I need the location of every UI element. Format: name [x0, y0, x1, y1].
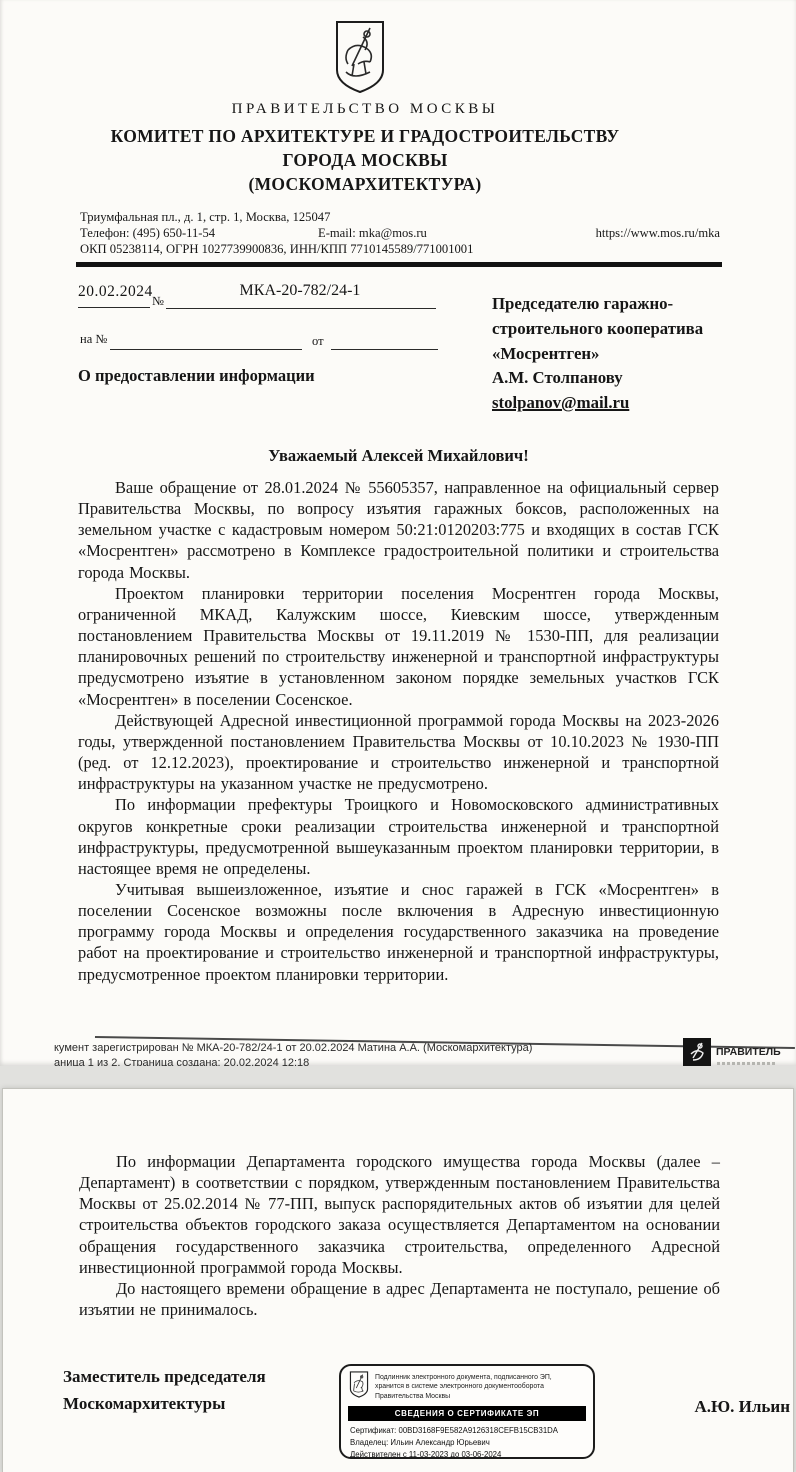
recipient-name: А.М. Столпанову — [492, 366, 794, 391]
org-phone: Телефон: (495) 650-11-54 — [80, 226, 215, 241]
paragraph: Ваше обращение от 28.01.2024 № 55605357,… — [78, 477, 719, 583]
reply-to-number-label: на № — [80, 332, 107, 347]
footer-logo-subtext — [717, 1062, 775, 1065]
signer-title-line2: Москомархитектуры — [63, 1394, 225, 1414]
org-email: E-mail: mka@mos.ru — [318, 226, 427, 241]
letter-body-page1: Ваше обращение от 28.01.2024 № 55605357,… — [78, 477, 719, 985]
recipient-block: Председателю гаражно- строительного кооп… — [492, 292, 794, 416]
paragraph: До настоящего времени обращение в адрес … — [79, 1278, 720, 1320]
signer-name: А.Ю. Ильин — [658, 1397, 790, 1417]
stamp-coat-of-arms-icon — [349, 1371, 369, 1403]
stamp-certificate-number: Сертификат: 00BD3168F9E582A9126318CEFB15… — [350, 1425, 584, 1437]
scanned-letter: ПРАВИТЕЛЬСТВО МОСКВЫ КОМИТЕТ ПО АРХИТЕКТ… — [0, 0, 796, 1472]
number-underline — [166, 308, 436, 309]
org-registration-codes: ОКП 05238114, ОГРН 1027739900836, ИНН/КП… — [80, 242, 473, 257]
committee-name-line3: (МОСКОМАРХИТЕКТУРА) — [45, 174, 685, 195]
date-underline — [78, 307, 150, 308]
reply-from-label: от — [312, 334, 324, 349]
letter-date: 20.02.2024 — [78, 283, 153, 301]
paragraph: По информации префектуры Троицкого и Нов… — [78, 794, 719, 879]
salutation: Уважаемый Алексей Михайлович! — [78, 446, 719, 466]
letter-body-page2: По информации Департамента городского им… — [79, 1151, 720, 1320]
letter-number: МКА-20-782/24-1 — [165, 282, 435, 300]
paragraph: Проектом планировки территории поселения… — [78, 583, 719, 710]
letter-subject: О предоставлении информации — [78, 366, 315, 386]
committee-name-line1: КОМИТЕТ ПО АРХИТЕКТУРЕ И ГРАДОСТРОИТЕЛЬС… — [45, 126, 685, 147]
recipient-line: строительного кооператива — [492, 317, 794, 342]
signer-title-line1: Заместитель председателя — [63, 1367, 266, 1387]
recipient-email: stolpanov@mail.ru — [492, 391, 794, 416]
org-website: https://www.mos.ru/mka — [540, 226, 720, 241]
registration-stamp-line: кумент зарегистрирован № МКА-20-782/24-1… — [54, 1042, 704, 1054]
stamp-description-line: хранится в системе электронного документ… — [375, 1383, 544, 1390]
stamp-validity: Действителен с 11-03-2023 до 03-06-2024 — [350, 1449, 584, 1461]
government-footer-logo-icon — [683, 1038, 711, 1066]
recipient-line: «Мосрентген» — [492, 342, 794, 367]
stamp-description: Подлинник электронного документа, подпис… — [375, 1371, 552, 1401]
org-address: Триумфальная пл., д. 1, стр. 1, Москва, … — [80, 210, 330, 225]
recipient-line: Председателю гаражно- — [492, 292, 794, 317]
government-title: ПРАВИТЕЛЬСТВО МОСКВЫ — [45, 101, 685, 118]
stamp-owner: Владелец: Ильин Александр Юрьевич — [350, 1437, 584, 1449]
stamp-description-line: Подлинник электронного документа, подпис… — [375, 1374, 552, 1381]
paragraph: Действующей Адресной инвестиционной прог… — [78, 710, 719, 795]
letter-page-1: ПРАВИТЕЛЬСТВО МОСКВЫ КОМИТЕТ ПО АРХИТЕКТ… — [0, 0, 796, 1066]
digital-signature-stamp: Подлинник электронного документа, подпис… — [339, 1364, 595, 1459]
page-count-line: аница 1 из 2. Страница создана: 20.02.20… — [54, 1057, 704, 1066]
footer-logo-text: ПРАВИТЕЛЬ — [716, 1046, 796, 1058]
moscow-coat-of-arms-icon — [334, 20, 386, 94]
letter-page-2: По информации Департамента городского им… — [2, 1088, 794, 1472]
committee-name-line2: ГОРОДА МОСКВЫ — [45, 150, 685, 171]
paragraph: По информации Департамента городского им… — [79, 1151, 720, 1278]
letterhead-divider — [76, 262, 722, 267]
number-label: № — [152, 294, 164, 309]
paragraph: Учитывая вышеизложенное, изъятие и снос … — [78, 879, 719, 985]
stamp-description-line: Правительства Москвы — [375, 1393, 450, 1400]
reply-date-blank — [331, 349, 438, 350]
reply-number-blank — [110, 349, 302, 350]
stamp-certificate-bar: СВЕДЕНИЯ О СЕРТИФИКАТЕ ЭП — [348, 1406, 586, 1421]
stamp-details: Сертификат: 00BD3168F9E582A9126318CEFB15… — [341, 1421, 593, 1462]
stamp-header: Подлинник электронного документа, подпис… — [341, 1366, 593, 1404]
